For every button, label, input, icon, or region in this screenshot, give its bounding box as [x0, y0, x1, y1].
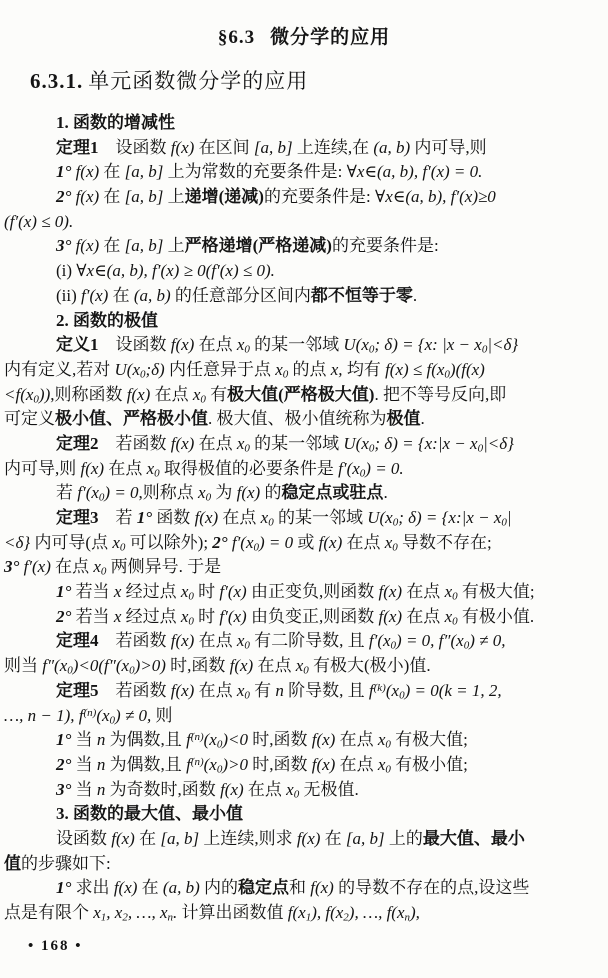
- math-segment: [a, b]: [160, 829, 199, 848]
- subscript: n: [405, 911, 411, 923]
- text-segment: 内可导,则: [4, 459, 81, 478]
- text-segment: ,则称函数: [50, 385, 127, 404]
- math-segment: f′(x0) = 0, f″(x0) ≠ 0,: [369, 631, 506, 650]
- math-segment: ∀x∈(a, b), f′(x) = 0.: [347, 162, 483, 181]
- text-segment: 在点: [402, 607, 445, 626]
- math-segment: U(x0; δ) = {x: |x − x0|<δ}: [343, 335, 518, 354]
- text-line: 3° f′(x) 在点 x0 两侧异号. 于是: [4, 555, 604, 580]
- math-segment: x0: [147, 459, 160, 478]
- text-line: 定理5 若函数 f(x) 在点 x0 有 n 阶导数, 且 f(k)(x0) =…: [4, 679, 604, 704]
- text-segment: 定义1: [56, 335, 99, 354]
- subscript: 0: [393, 516, 399, 528]
- math-segment: x0: [181, 607, 194, 626]
- text-segment: 在点: [194, 681, 237, 700]
- text-segment: 有: [206, 385, 227, 404]
- text-segment: (ii): [56, 286, 81, 305]
- math-segment: n: [275, 681, 284, 700]
- text-segment: 上的: [385, 829, 423, 848]
- math-segment: <f(x0)): [4, 385, 50, 404]
- math-segment: f(x): [76, 187, 100, 206]
- text-segment: 上连续,在: [293, 138, 374, 157]
- text-segment: 为偶数,且: [105, 730, 186, 749]
- math-segment: 2°: [56, 755, 71, 774]
- text-segment: 最大值、最小: [423, 829, 525, 848]
- text-segment: 在: [137, 878, 163, 897]
- math-segment: f(x): [378, 582, 402, 601]
- text-segment: 经过点: [121, 582, 181, 601]
- math-segment: 1°: [137, 508, 152, 527]
- text-segment: 设函数: [56, 829, 111, 848]
- math-segment: x0: [237, 631, 250, 650]
- subscript: 2: [343, 911, 349, 923]
- text-segment: 当: [71, 755, 97, 774]
- subscript: 2: [122, 911, 128, 923]
- math-segment: x0: [193, 385, 206, 404]
- text-segment: 在点: [51, 557, 94, 576]
- text-segment: 在点: [244, 780, 287, 799]
- text-segment: 为奇数时,函数: [105, 780, 220, 799]
- math-segment: f(x): [230, 656, 254, 675]
- text-segment: 经过点: [121, 607, 181, 626]
- text-segment: 时: [194, 607, 220, 626]
- math-segment: f(x): [297, 829, 321, 848]
- text-line: 定理1 设函数 f(x) 在区间 [a, b] 上连续,在 (a, b) 内可导…: [4, 136, 604, 161]
- text-line: 3° 当 n 为奇数时,函数 f(x) 在点 x0 无极值.: [4, 778, 604, 803]
- math-segment: (a, b): [134, 286, 171, 305]
- subscript: 0: [217, 763, 223, 775]
- math-segment: 3°: [56, 780, 71, 799]
- text-segment: 在: [135, 829, 161, 848]
- subscript: 0: [110, 714, 116, 726]
- text-segment: 均有: [343, 360, 386, 379]
- math-segment: f(x): [237, 483, 261, 502]
- math-segment: f(x): [111, 829, 135, 848]
- book-page: §6.3微分学的应用 6.3.1.单元函数微分学的应用 1. 函数的增减性定理1…: [0, 0, 608, 978]
- text-segment: 上连续,则求: [199, 829, 297, 848]
- text-line: 定理2 若函数 f(x) 在点 x0 的某一邻域 U(x0; δ) = {x:|…: [4, 432, 604, 457]
- page-number: • 168 •: [28, 938, 608, 955]
- text-line: 内可导,则 f(x) 在点 x0 取得极值的必要条件是 f′(x0) = 0.: [4, 457, 604, 482]
- text-segment: 则: [151, 706, 172, 725]
- text-segment: 由负变正,则函数: [247, 607, 379, 626]
- text-segment: 内可导,则: [410, 138, 487, 157]
- text-segment: 在: [108, 286, 134, 305]
- math-segment: x0: [237, 434, 250, 453]
- text-segment: 上: [163, 187, 184, 206]
- math-segment: x0: [445, 607, 458, 626]
- text-line: 值的步骤如下:: [4, 852, 604, 877]
- math-segment: 1°: [56, 582, 71, 601]
- math-segment: f(x): [76, 236, 100, 255]
- math-segment: f(x): [171, 681, 195, 700]
- math-segment: f(n)(x0)<0: [186, 730, 248, 749]
- text-segment: 定理4: [56, 631, 99, 650]
- text-line: <f(x0)),则称函数 f(x) 在点 x0 有极大值(严格极大值). 把不等…: [4, 383, 604, 408]
- math-segment: …, n − 1), f(n)(x0) ≠ 0,: [4, 706, 151, 725]
- text-segment: 可定义: [4, 409, 55, 428]
- math-segment: f(x1), f(x2), …, f(xn),: [288, 903, 420, 922]
- text-line: 内有定义,若对 U(x0;δ) 内任意异于点 x0 的点 x, 均有 f(x) …: [4, 358, 604, 383]
- text-segment: 3. 函数的最大值、最小值: [56, 804, 243, 823]
- math-segment: x0: [296, 656, 309, 675]
- text-segment: . 极大值、极小值统称为: [208, 409, 387, 428]
- text-line: 点是有限个 x1, x2, …, xn. 计算出函数值 f(x1), f(x2)…: [4, 901, 604, 926]
- text-segment: 则当: [4, 656, 42, 675]
- text-segment: 在点: [150, 385, 193, 404]
- superscript: (n): [191, 731, 204, 743]
- text-segment: 和: [289, 878, 310, 897]
- text-segment: .: [413, 286, 417, 305]
- subsection-heading: 6.3.1.单元函数微分学的应用: [30, 68, 608, 94]
- text-segment: 时,函数: [248, 730, 312, 749]
- text-segment: 设函数: [99, 335, 171, 354]
- text-segment: 的: [260, 483, 281, 502]
- text-segment: 上: [163, 236, 184, 255]
- text-segment: 当: [71, 780, 97, 799]
- text-segment: 若函数: [99, 631, 171, 650]
- math-segment: x0: [181, 582, 194, 601]
- text-segment: 在点: [104, 459, 147, 478]
- math-segment: f(x): [220, 780, 244, 799]
- math-segment: f(x): [378, 607, 402, 626]
- math-segment: f′(x): [219, 607, 246, 626]
- text-segment: 时: [194, 582, 220, 601]
- section-title: 微分学的应用: [270, 27, 390, 48]
- text-segment: 有极小值.: [458, 607, 535, 626]
- math-segment: <δ}: [4, 533, 30, 552]
- math-segment: x0: [286, 780, 299, 799]
- subscript: 0: [140, 368, 146, 380]
- text-segment: 若当: [71, 607, 114, 626]
- text-line: 1° f(x) 在 [a, b] 上为常数的充要条件是: ∀x∈(a, b), …: [4, 160, 604, 185]
- math-segment: x0: [275, 360, 288, 379]
- subscript: 1: [101, 911, 107, 923]
- text-segment: 或: [293, 533, 319, 552]
- text-line: 1. 函数的增减性: [4, 111, 604, 136]
- text-segment: 有极大值;: [458, 582, 535, 601]
- text-segment: 为偶数,且: [105, 755, 186, 774]
- subscript: 0: [99, 492, 105, 504]
- superscript: (n): [83, 707, 96, 719]
- subscript: 0: [360, 467, 366, 479]
- text-segment: . 把不等号反向,即: [374, 385, 506, 404]
- text-segment: 设函数: [99, 138, 171, 157]
- text-segment: 若当: [71, 582, 114, 601]
- text-segment: ,则称点: [139, 483, 199, 502]
- text-segment: 的点: [288, 360, 331, 379]
- text-segment: 在: [99, 236, 125, 255]
- text-segment: 内可导(点: [30, 533, 112, 552]
- text-segment: 由正变负,则函数: [247, 582, 379, 601]
- subscript: 0: [129, 665, 135, 677]
- text-segment: 若函数: [99, 681, 171, 700]
- math-segment: [a, b]: [125, 187, 164, 206]
- text-segment: 无极值.: [299, 780, 359, 799]
- text-segment: 函数: [152, 508, 195, 527]
- text-segment: 若: [99, 508, 137, 527]
- text-line: 1° 若当 x 经过点 x0 时 f′(x) 由正变负,则函数 f(x) 在点 …: [4, 580, 604, 605]
- text-segment: 若: [56, 483, 77, 502]
- math-segment: f(x): [310, 878, 334, 897]
- subscript: 0: [464, 640, 470, 652]
- text-line: …, n − 1), f(n)(x0) ≠ 0, 则: [4, 704, 604, 729]
- math-segment: f(n)(x0)>0: [186, 755, 248, 774]
- superscript: (k): [374, 682, 386, 694]
- text-line: (ii) f′(x) 在 (a, b) 的任意部分区间内都不恒等于零.: [4, 284, 604, 309]
- text-line: 2° 当 n 为偶数,且 f(n)(x0)>0 时,函数 f(x) 在点 x0 …: [4, 753, 604, 778]
- text-segment: 导数不存在;: [398, 533, 492, 552]
- text-segment: 阶导数, 且: [284, 681, 369, 700]
- text-segment: 为: [211, 483, 237, 502]
- math-segment: ∀x∈(a, b), f′(x)≥0: [375, 187, 496, 206]
- math-segment: x0: [237, 681, 250, 700]
- text-line: 3. 函数的最大值、最小值: [4, 802, 604, 827]
- math-segment: x,: [331, 360, 343, 379]
- text-segment: (i): [56, 261, 76, 280]
- math-segment: f′(x): [24, 557, 51, 576]
- math-segment: f′(x0) = 0: [77, 483, 138, 502]
- text-segment: 的某一邻域: [250, 434, 344, 453]
- math-segment: 1°: [56, 878, 71, 897]
- text-segment: 内有定义,若对: [4, 360, 115, 379]
- math-segment: f(k)(x0) = 0(k = 1, 2,: [369, 681, 502, 700]
- subscript: 0: [369, 442, 375, 454]
- text-line: 可定义极小值、严格极小值. 极大值、极小值统称为极值.: [4, 407, 604, 432]
- text-segment: 值: [4, 854, 21, 873]
- subscript: 0: [399, 689, 405, 701]
- subscript: 0: [444, 368, 450, 380]
- text-segment: 的充要条件是:: [332, 236, 439, 255]
- math-segment: x0: [378, 730, 391, 749]
- math-segment: f′(x0) = 0.: [338, 459, 404, 478]
- text-segment: 递增(递减): [185, 187, 264, 206]
- math-segment: 2°: [56, 187, 71, 206]
- text-segment: 在点: [335, 730, 378, 749]
- text-line: 设函数 f(x) 在 [a, b] 上连续,则求 f(x) 在 [a, b] 上…: [4, 827, 604, 852]
- subsection-title: 单元函数微分学的应用: [88, 69, 308, 93]
- text-segment: 在点: [194, 631, 237, 650]
- text-segment: 定理3: [56, 508, 99, 527]
- text-segment: 的充要条件是:: [264, 187, 375, 206]
- text-segment: 在: [320, 829, 346, 848]
- text-segment: .: [383, 483, 387, 502]
- text-segment: 计算出函数值: [177, 903, 288, 922]
- text-line: 则当 f″(x0)<0(f″(x0)>0) 时,函数 f(x) 在点 x0 有极…: [4, 654, 604, 679]
- text-segment: 极值: [387, 409, 421, 428]
- math-segment: f(x): [312, 755, 336, 774]
- math-segment: x0: [93, 557, 106, 576]
- text-segment: 求出: [71, 878, 114, 897]
- math-segment: f′(x): [219, 582, 246, 601]
- math-segment: 2°: [56, 607, 71, 626]
- math-segment: f(x): [127, 385, 151, 404]
- body-text: 1. 函数的增减性定理1 设函数 f(x) 在区间 [a, b] 上连续,在 (…: [0, 111, 608, 926]
- text-segment: 点是有限个: [4, 903, 93, 922]
- text-segment: 在点: [402, 582, 445, 601]
- math-segment: (a, b): [373, 138, 410, 157]
- math-segment: f(x): [81, 459, 105, 478]
- text-line: 定义1 设函数 f(x) 在点 x0 的某一邻域 U(x0; δ) = {x: …: [4, 333, 604, 358]
- text-segment: 当: [71, 730, 97, 749]
- text-line: 定理3 若 1° 函数 f(x) 在点 x0 的某一邻域 U(x0; δ) = …: [4, 506, 604, 531]
- text-segment: 都不恒等于零: [311, 286, 413, 305]
- math-segment: f(x): [114, 878, 138, 897]
- math-segment: U(x0; δ) = {x:|x − x0|: [367, 508, 511, 527]
- text-line: 若 f′(x0) = 0,则称点 x0 为 f(x) 的稳定点或驻点.: [4, 481, 604, 506]
- math-segment: x0: [445, 582, 458, 601]
- text-segment: 极大值(严格极大值): [227, 385, 374, 404]
- text-segment: 时,函数: [166, 656, 230, 675]
- math-segment: 3°: [4, 557, 19, 576]
- text-segment: 内任意异于点: [165, 360, 276, 379]
- text-segment: 在点: [218, 508, 261, 527]
- text-segment: 在点: [194, 434, 237, 453]
- subscript: 0: [217, 739, 223, 751]
- text-line: 1° 求出 f(x) 在 (a, b) 内的稳定点和 f(x) 的导数不存在的点…: [4, 876, 604, 901]
- text-segment: 取得极值的必要条件是: [160, 459, 339, 478]
- math-segment: f(x) ≤ f(x0)(f(x): [385, 360, 485, 379]
- math-segment: U(x0; δ) = {x:|x − x0|<δ}: [343, 434, 514, 453]
- text-segment: 的某一邻域: [274, 508, 368, 527]
- subsection-number: 6.3.1.: [30, 69, 83, 93]
- text-line: 3° f(x) 在 [a, b] 上严格递增(严格递减)的充要条件是:: [4, 234, 604, 259]
- math-segment: 1°: [56, 162, 71, 181]
- math-segment: [a, b]: [346, 829, 385, 848]
- text-segment: 在点: [253, 656, 296, 675]
- text-segment: 有极大值;: [391, 730, 468, 749]
- text-segment: 可以除外);: [125, 533, 212, 552]
- math-segment: 2°: [212, 533, 227, 552]
- math-segment: f(x): [171, 335, 195, 354]
- text-segment: 时,函数: [248, 755, 312, 774]
- text-segment: 有极小值;: [391, 755, 468, 774]
- math-segment: U(x0;δ): [115, 360, 165, 379]
- math-segment: x0: [385, 533, 398, 552]
- math-segment: f(x): [319, 533, 343, 552]
- math-segment: [a, b]: [254, 138, 293, 157]
- subscript: 0: [501, 516, 507, 528]
- text-segment: 在: [99, 187, 125, 206]
- subscript: 0: [369, 344, 375, 356]
- text-segment: 的任意部分区间内: [171, 286, 311, 305]
- math-segment: x0: [112, 533, 125, 552]
- text-segment: 在: [99, 162, 125, 181]
- text-line: 1° 当 n 为偶数,且 f(n)(x0)<0 时,函数 f(x) 在点 x0 …: [4, 728, 604, 753]
- math-segment: x0: [237, 335, 250, 354]
- text-line: 2. 函数的极值: [4, 309, 604, 334]
- math-segment: f(x): [312, 730, 336, 749]
- text-line: 2° f(x) 在 [a, b] 上递增(递减)的充要条件是: ∀x∈(a, b…: [4, 185, 604, 210]
- subscript: 0: [33, 393, 39, 405]
- text-segment: 定理5: [56, 681, 99, 700]
- text-segment: 的导数不存在的点,设这些: [334, 878, 530, 897]
- text-segment: 定理2: [56, 434, 99, 453]
- math-segment: f′(x0) = 0: [232, 533, 293, 552]
- text-segment: 有: [250, 681, 276, 700]
- math-segment: 1°: [56, 730, 71, 749]
- text-line: (i) ∀x∈(a, b), f′(x) ≥ 0(f′(x) ≤ 0).: [4, 259, 604, 284]
- math-segment: x0: [198, 483, 211, 502]
- text-segment: 若函数: [99, 434, 171, 453]
- text-segment: 2. 函数的极值: [56, 311, 158, 330]
- math-segment: f(x): [171, 631, 195, 650]
- text-segment: 在点: [194, 335, 237, 354]
- chapter-title: §6.3微分学的应用: [0, 0, 608, 50]
- text-segment: 上为常数的充要条件是:: [163, 162, 346, 181]
- math-segment: (f′(x) ≤ 0).: [4, 212, 73, 231]
- math-segment: ∀x∈(a, b), f′(x) ≥ 0(f′(x) ≤ 0).: [76, 261, 275, 280]
- subscript: 0: [67, 665, 73, 677]
- math-segment: x0: [261, 508, 274, 527]
- subscript: 1: [306, 911, 312, 923]
- math-segment: f(x): [171, 434, 195, 453]
- math-segment: 3°: [56, 236, 71, 255]
- text-line: 定理4 若函数 f(x) 在点 x0 有二阶导数, 且 f′(x0) = 0, …: [4, 629, 604, 654]
- subscript: 0: [482, 344, 488, 356]
- text-segment: 在点: [342, 533, 385, 552]
- math-segment: f(x): [76, 162, 100, 181]
- text-line: (f′(x) ≤ 0).: [4, 210, 604, 235]
- math-segment: f″(x0)<0(f″(x0)>0): [42, 656, 166, 675]
- text-segment: 有极大(极小)值.: [309, 656, 431, 675]
- math-segment: (a, b): [163, 878, 200, 897]
- text-segment: 1. 函数的增减性: [56, 113, 175, 132]
- math-segment: x1, x2, …, xn.: [93, 903, 177, 922]
- math-segment: f(x): [171, 138, 195, 157]
- superscript: (n): [191, 756, 204, 768]
- text-segment: 在点: [335, 755, 378, 774]
- math-segment: f(x): [195, 508, 219, 527]
- math-segment: f′(x): [81, 286, 108, 305]
- text-segment: 定理1: [56, 138, 99, 157]
- text-segment: 两侧异号. 于是: [106, 557, 221, 576]
- subscript: n: [168, 911, 174, 923]
- text-segment: 严格递增(严格递减): [185, 236, 332, 255]
- text-segment: 的某一邻域: [250, 335, 344, 354]
- section-number: §6.3: [218, 27, 255, 48]
- subscript: 0: [478, 442, 484, 454]
- text-segment: 的步骤如下:: [21, 854, 111, 873]
- text-line: 2° 若当 x 经过点 x0 时 f′(x) 由负变正,则函数 f(x) 在点 …: [4, 605, 604, 630]
- subscript: 0: [391, 640, 397, 652]
- text-segment: 内的: [200, 878, 238, 897]
- math-segment: [a, b]: [125, 236, 164, 255]
- math-segment: [a, b]: [125, 162, 164, 181]
- text-segment: 在区间: [194, 138, 254, 157]
- text-segment: 有二阶导数, 且: [250, 631, 369, 650]
- text-line: <δ} 内可导(点 x0 可以除外); 2° f′(x0) = 0 或 f(x)…: [4, 531, 604, 556]
- math-segment: x0: [378, 755, 391, 774]
- text-segment: 稳定点或驻点: [281, 483, 383, 502]
- subscript: 0: [254, 541, 260, 553]
- text-segment: .: [421, 409, 425, 428]
- text-segment: 极小值、严格极小值: [55, 409, 208, 428]
- text-segment: 稳定点: [238, 878, 289, 897]
